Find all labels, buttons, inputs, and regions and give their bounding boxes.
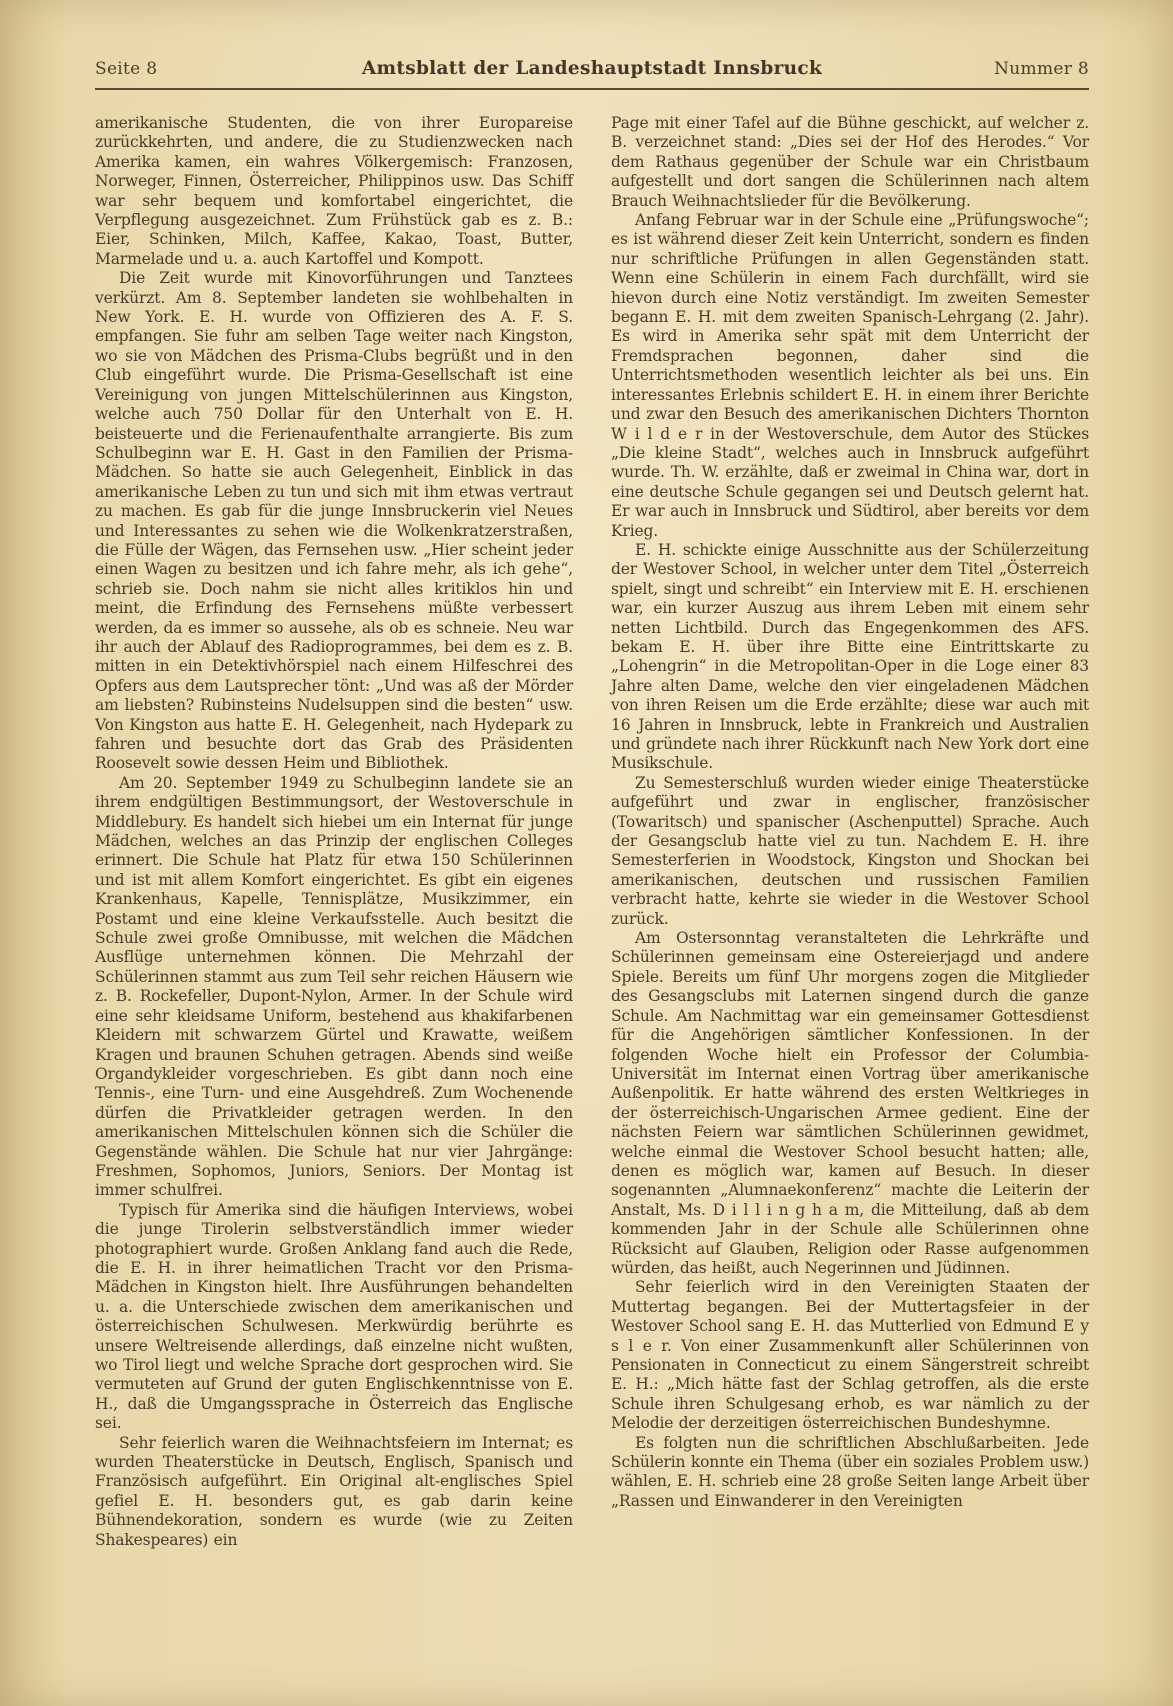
gazette-page: Seite 8 Amtsblatt der Landeshauptstadt I… — [0, 0, 1173, 1706]
article-body: amerikanische Studenten, die von ihrer E… — [95, 114, 1089, 1550]
paragraph: E. H. schickte einige Ausschnitte aus de… — [611, 541, 1089, 774]
issue-number-label: Nummer 8 — [909, 59, 1089, 79]
paragraph: Es folgten nun die schriftlichen Abschlu… — [611, 1434, 1089, 1512]
paragraph: Sehr feierlich waren die Weihnachtsfeier… — [95, 1434, 573, 1550]
paragraph: Die Zeit wurde mit Kinovorführungen und … — [95, 269, 573, 774]
paragraph: Am Ostersonntag veranstalteten die Lehrk… — [611, 929, 1089, 1278]
page-number-label: Seite 8 — [95, 59, 275, 79]
page-header: Seite 8 Amtsblatt der Landeshauptstadt I… — [95, 58, 1089, 79]
left-column: amerikanische Studenten, die von ihrer E… — [95, 114, 573, 1550]
masthead-title: Amtsblatt der Landeshauptstadt Innsbruck — [275, 58, 909, 79]
paragraph: amerikanische Studenten, die von ihrer E… — [95, 114, 573, 269]
paragraph: Sehr feierlich wird in den Vereinigten S… — [611, 1278, 1089, 1433]
paragraph: Typisch für Amerika sind die häufigen In… — [95, 1201, 573, 1434]
right-column: Page mit einer Tafel auf die Bühne gesch… — [611, 114, 1089, 1550]
paragraph: Zu Semesterschluß wurden wieder einige T… — [611, 774, 1089, 929]
header-divider-rule — [95, 88, 1089, 90]
paragraph: Anfang Februar war in der Schule eine „P… — [611, 211, 1089, 541]
paragraph: Am 20. September 1949 zu Schulbeginn lan… — [95, 774, 573, 1201]
paragraph: Page mit einer Tafel auf die Bühne gesch… — [611, 114, 1089, 211]
